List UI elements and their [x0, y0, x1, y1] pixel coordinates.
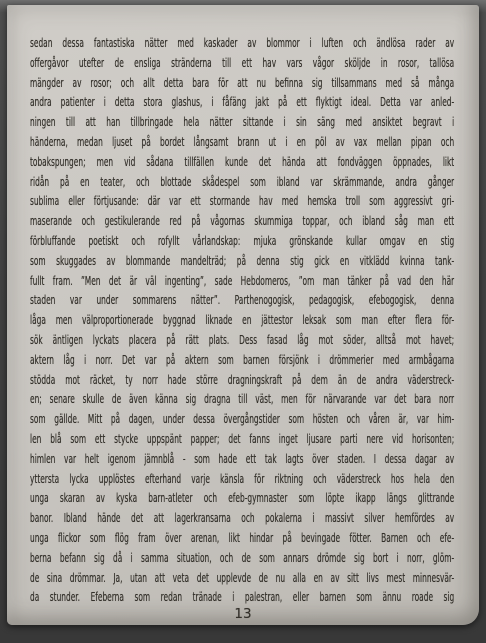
text-line: fullt fram. ”Men det är väl ingenting”, … [30, 271, 454, 291]
text-line: förbluffande poetiskt och rofyllt vårlan… [30, 231, 454, 251]
text-line: unga flickor som flög fram över arenan, … [30, 528, 454, 548]
text-line: yttersta lycka upplöstes efterhand varje… [30, 469, 454, 489]
text-line: offergåvor utefter de ensliga stränderna… [30, 53, 454, 73]
text-line: himlen var helt igenom jämnblå - som had… [30, 449, 454, 469]
text-line: andra patienter i detta stora glashus, i… [30, 92, 454, 112]
text-line: en; senare skulle de även känna sig drag… [30, 389, 454, 409]
text-line: de sina drömmar. Ja, utan att veta det u… [30, 568, 454, 588]
text-line: da stunder. Efeberna som redan tränade i… [30, 587, 454, 607]
text-line: staden var under sommarens nätter”. Part… [30, 290, 454, 310]
photo-background: sedan dessa fantastiska nätter med kaska… [0, 0, 486, 643]
text-line: stödda mot räcket, ty norr hade större d… [30, 370, 454, 390]
text-line: sök äntligen lyckats placera på rätt pla… [30, 330, 454, 350]
text-line: som skuggades av blommande mandelträd; p… [30, 251, 454, 271]
text-line: ningen till att han tillbringade hela nä… [30, 112, 454, 132]
text-line: mängder av rosor; och allt detta bara fö… [30, 73, 454, 93]
text-line: sublima eller förtjusande: där var ett s… [30, 191, 454, 211]
page-number: 13 [7, 606, 479, 622]
text-line: ridån på en teater, och blottade skådesp… [30, 172, 454, 192]
page-text: sedan dessa fantastiska nätter med kaska… [30, 33, 454, 607]
text-line: aktern låg i norr. Det var på aktern som… [30, 350, 454, 370]
text-line: tobakspungen; men vid sådana tillfällen … [30, 152, 454, 172]
text-line: unga skaran av kyska barn-atleter och ef… [30, 488, 454, 508]
book-page: sedan dessa fantastiska nätter med kaska… [7, 5, 479, 625]
text-line: len blå som ett stycke uppspänt papper; … [30, 429, 454, 449]
text-line: händerna, medan ljuset på bordet långsam… [30, 132, 454, 152]
text-line: sedan dessa fantastiska nätter med kaska… [30, 33, 454, 53]
text-line: berna befann sig då i samma situation, o… [30, 548, 454, 568]
text-line: maserande och gestikulerande red på vågo… [30, 211, 454, 231]
text-line: låga men välproportionerade byggnad likn… [30, 310, 454, 330]
text-line: som gällde. Mitt på dagen, under dessa ö… [30, 409, 454, 429]
text-line: banor. Ibland hände det att lagerkransar… [30, 508, 454, 528]
